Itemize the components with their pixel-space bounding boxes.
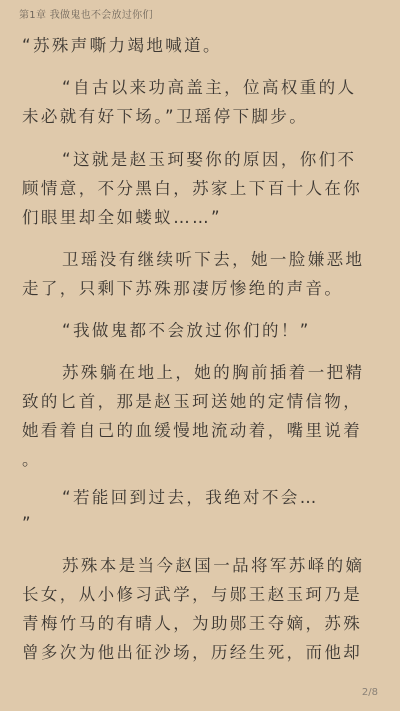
- text-line: “自古以来功高盖主，位高权重的人: [62, 78, 356, 98]
- text-line: 卫瑶没有继续听下去，她一脸嫌恶地: [62, 250, 364, 270]
- text-line: “我做鬼都不会放过你们的！”: [62, 321, 311, 341]
- text-line: “这就是赵玉珂娶你的原因，你们不: [62, 150, 356, 170]
- text-line: 致的匕首，那是赵玉珂送她的定情信物，: [22, 392, 362, 412]
- text-line: 未必就有好下场。”卫瑶停下脚步。: [22, 107, 308, 127]
- text-line: ”: [22, 514, 33, 534]
- page-indicator: 2/8: [362, 687, 378, 698]
- text-line: 走了，只剩下苏殊那凄厉惨绝的声音。: [22, 279, 343, 299]
- text-line: 。: [22, 450, 41, 470]
- reader-content[interactable]: “苏殊声嘶力竭地喊道。“自古以来功高盖主，位高权重的人未必就有好下场。”卫瑶停下…: [0, 0, 400, 711]
- text-line: 青梅竹马的有晴人，为助郧王夺嫡，苏殊: [22, 614, 362, 634]
- text-line: 们眼里却全如蝼蚁……”: [22, 208, 222, 228]
- text-line: 长女，从小修习武学，与郧王赵玉珂乃是: [22, 585, 362, 605]
- text-line: 她看着自己的血缓慢地流动着，嘴里说着: [22, 421, 362, 441]
- text-line: “苏殊声嘶力竭地喊道。: [22, 36, 222, 56]
- text-line: 苏殊躺在地上，她的胸前插着一把精: [62, 363, 364, 383]
- text-line: 苏殊本是当今赵国一品将军苏峄的嫡: [62, 556, 364, 576]
- text-line: 顾情意，不分黑白，苏家上下百十人在你: [22, 179, 362, 199]
- text-line: “若能回到过去，我绝对不会…: [62, 488, 319, 508]
- text-line: 曾多次为他出征沙场，历经生死，而他却: [22, 643, 362, 663]
